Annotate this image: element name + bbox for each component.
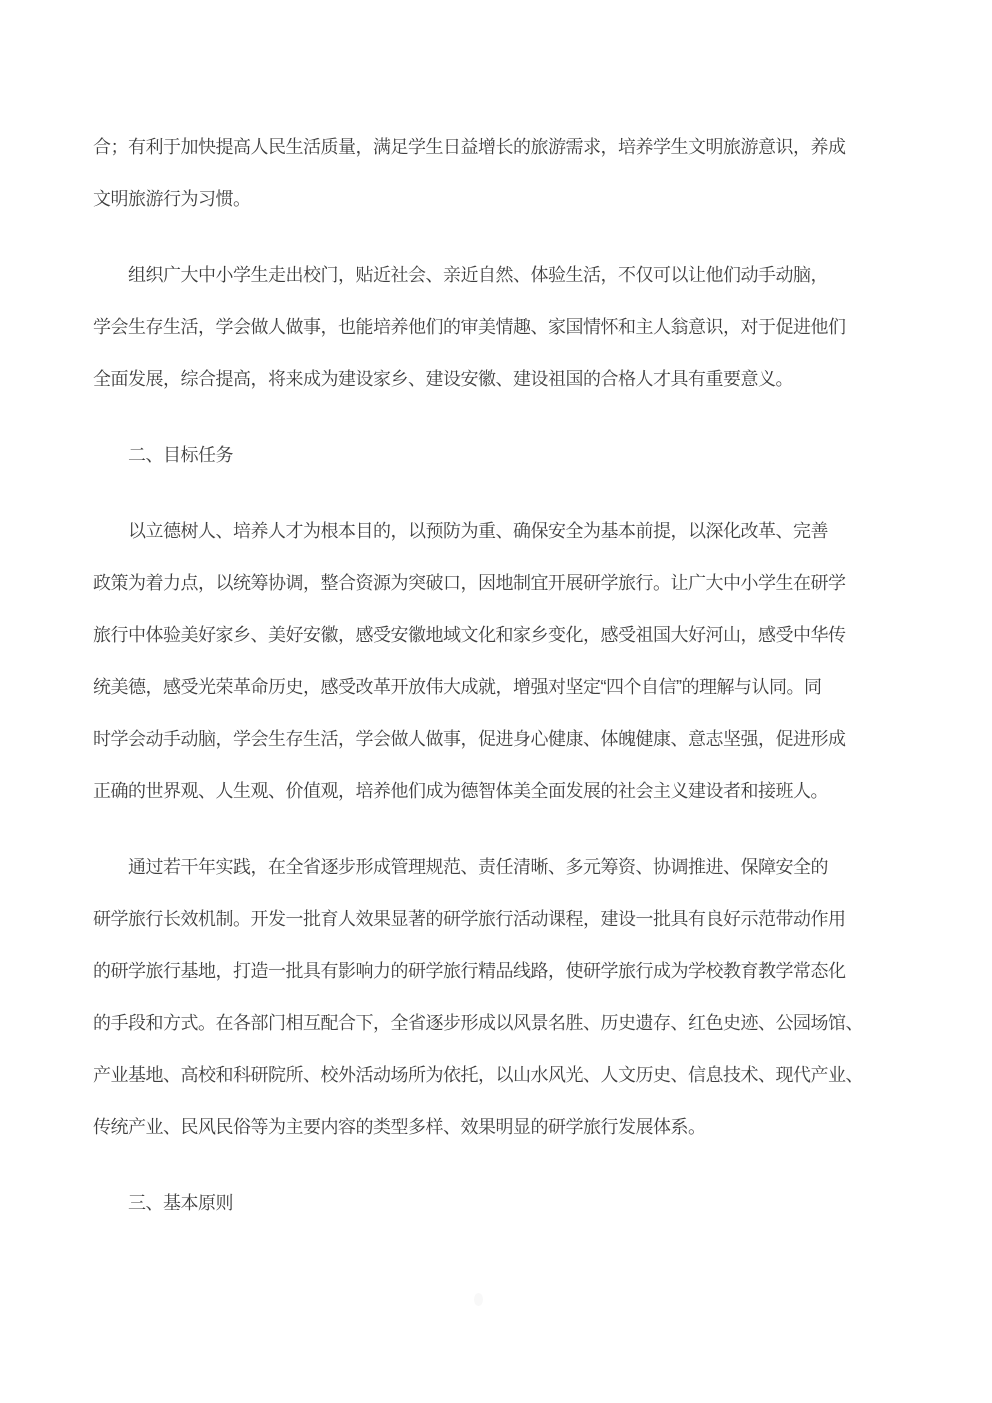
document-page: { "page": { "background_color": "#ffffff… [0,0,992,1403]
text-line: 统美德，感受光荣革命历史，感受改革开放伟大成就，增强对坚定“四个自信”的理解与认… [93,661,868,713]
text-line: 政策为着力点，以统筹协调，整合资源为突破口，因地制宜开展研学旅行。让广大中小学生… [93,557,868,609]
text-line: 学会生存生活，学会做人做事，也能培养他们的审美情趣、家国情怀和主人翁意识，对于促… [93,301,868,353]
text-line: 的研学旅行基地，打造一批具有影响力的研学旅行精品线路，使研学旅行成为学校教育教学… [93,945,868,997]
text-line: 合；有利于加快提高人民生活质量，满足学生日益增长的旅游需求，培养学生文明旅游意识… [93,121,868,173]
text-line: 产业基地、高校和科研院所、校外活动场所为依托，以山水风光、人文历史、信息技术、现… [93,1049,868,1101]
text-line: 正确的世界观、人生观、价值观，培养他们成为德智体美全面发展的社会主义建设者和接班… [93,765,868,817]
section-heading-goals: 二、目标任务 [93,429,868,481]
text-line: 以立德树人、培养人才为根本目的，以预防为重、确保安全为基本前提，以深化改革、完善 [93,505,868,557]
text-line: 文明旅游行为习惯。 [93,173,868,225]
paragraph-continuation: 合；有利于加快提高人民生活质量，满足学生日益增长的旅游需求，培养学生文明旅游意识… [93,121,868,225]
section-heading-principles: 三、基本原则 [93,1177,868,1229]
paragraph: 组织广大中小学生走出校门，贴近社会、亲近自然、体验生活，不仅可以让他们动手动脑，… [93,249,868,405]
text-line: 传统产业、民风民俗等为主要内容的类型多样、效果明显的研学旅行发展体系。 [93,1101,868,1153]
document-body: 合；有利于加快提高人民生活质量，满足学生日益增长的旅游需求，培养学生文明旅游意识… [93,121,868,1253]
paragraph: 通过若干年实践，在全省逐步形成管理规范、责任清晰、多元筹资、协调推进、保障安全的… [93,841,868,1153]
heading-line: 三、基本原则 [93,1177,868,1229]
text-line: 研学旅行长效机制。开发一批育人效果显著的研学旅行活动课程，建设一批具有良好示范带… [93,893,868,945]
text-line: 组织广大中小学生走出校门，贴近社会、亲近自然、体验生活，不仅可以让他们动手动脑， [93,249,868,301]
text-line: 通过若干年实践，在全省逐步形成管理规范、责任清晰、多元筹资、协调推进、保障安全的 [93,841,868,893]
heading-line: 二、目标任务 [93,429,868,481]
text-line: 全面发展，综合提高，将来成为建设家乡、建设安徽、建设祖国的合格人才具有重要意义。 [93,353,868,405]
paragraph: 以立德树人、培养人才为根本目的，以预防为重、确保安全为基本前提，以深化改革、完善… [93,505,868,817]
text-line: 时学会动手动脑，学会生存生活，学会做人做事，促进身心健康、体魄健康、意志坚强，促… [93,713,868,765]
text-line: 的手段和方式。在各部门相互配合下，全省逐步形成以风景名胜、历史遗存、红色史迹、公… [93,997,868,1049]
text-line: 旅行中体验美好家乡、美好安徽，感受安徽地域文化和家乡变化，感受祖国大好河山，感受… [93,609,868,661]
faint-page-artifact [474,1293,483,1306]
